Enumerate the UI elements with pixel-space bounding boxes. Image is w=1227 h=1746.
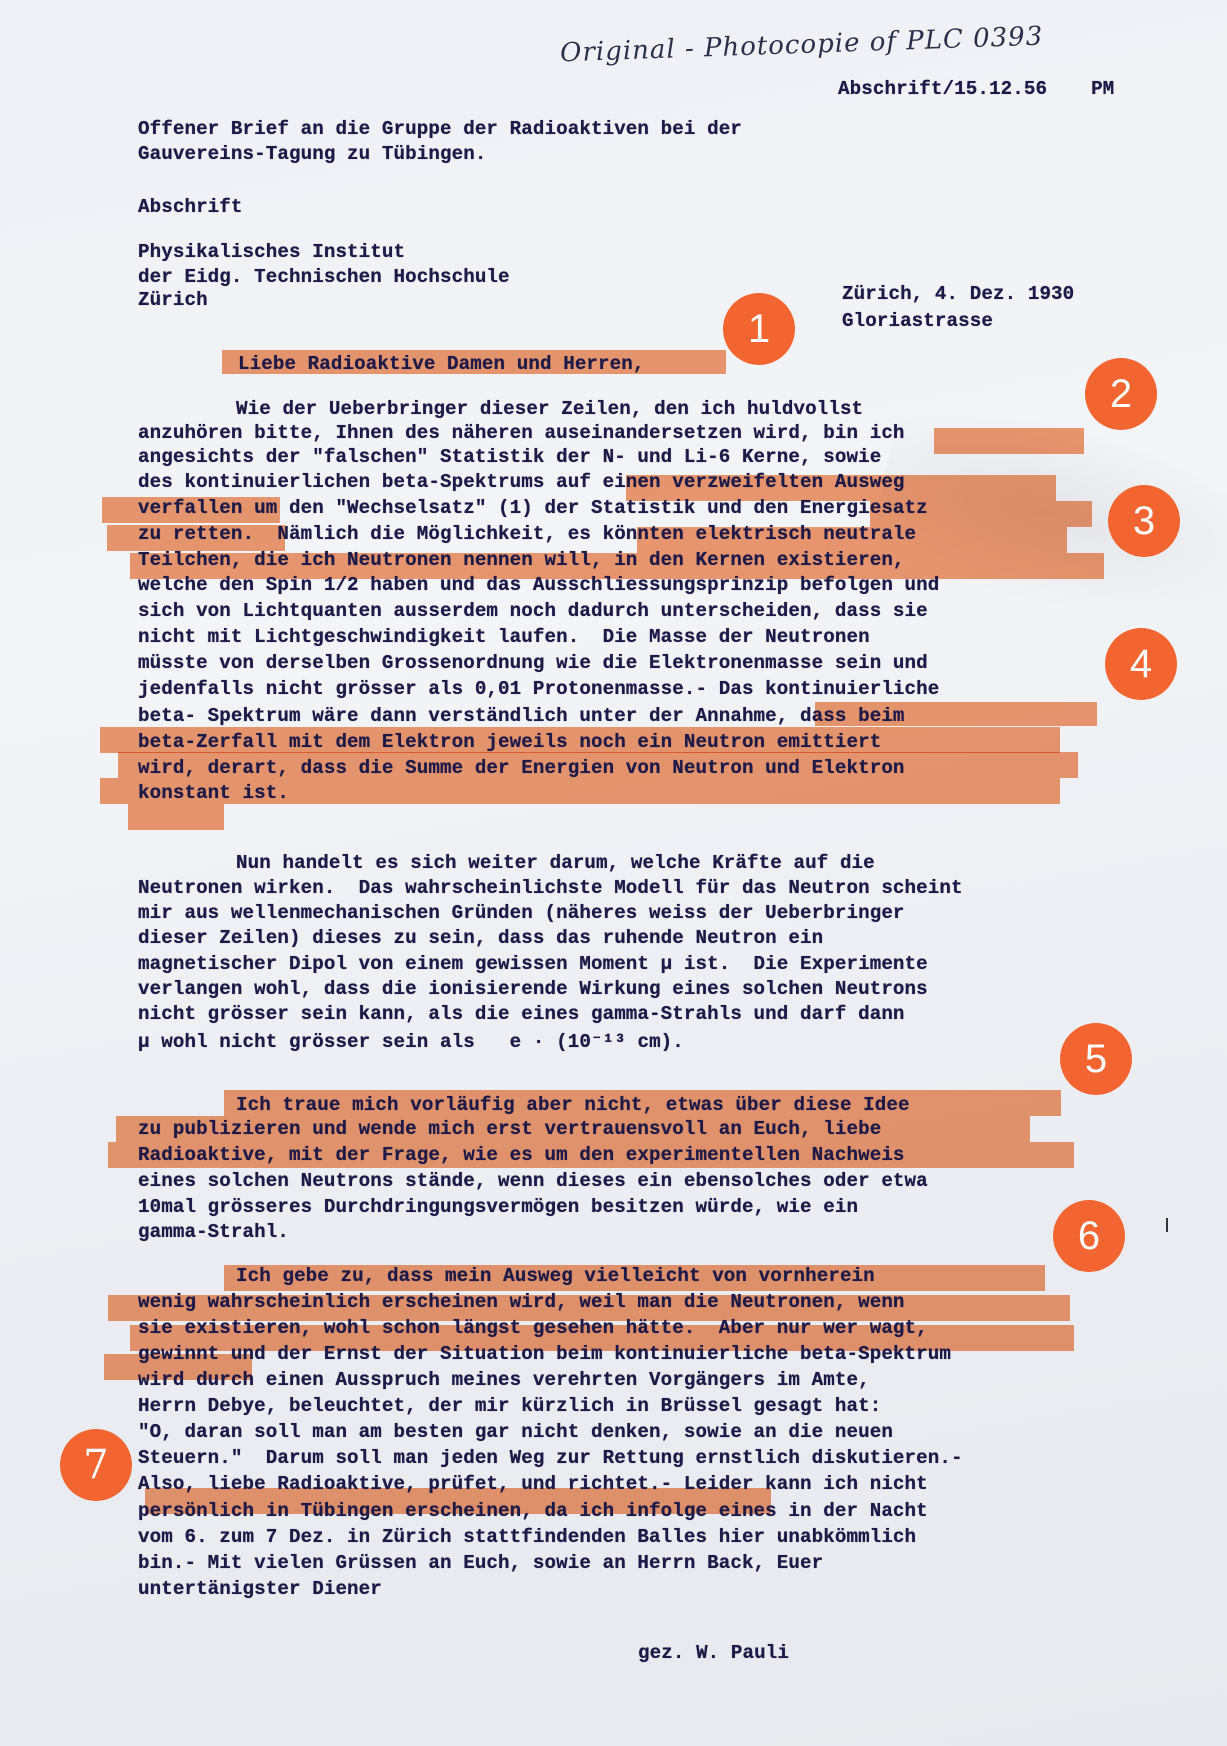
- text-line: verfallen um den "Wechselsatz" (1) der S…: [138, 497, 928, 519]
- text-line: nicht grösser sein kann, als die eines g…: [138, 1003, 905, 1025]
- annotation-badge-3: 3: [1108, 485, 1180, 557]
- annotation-badge-5: 5: [1060, 1023, 1132, 1095]
- text-line: anzuhören bitte, Ihnen des näheren ausei…: [138, 422, 905, 444]
- text-line: untertänigster Diener: [138, 1578, 382, 1600]
- text-line: Steuern." Darum soll man jeden Weg zur R…: [138, 1447, 963, 1469]
- text-line: sie existieren, wohl schon längst gesehe…: [138, 1317, 928, 1339]
- text-highlight: [934, 428, 1084, 454]
- text-highlight: [128, 804, 224, 830]
- text-line: μ wohl nicht grösser sein als e · (10⁻¹³…: [138, 1029, 684, 1053]
- sender-line-3: Zürich: [138, 289, 208, 311]
- signature: gez. W. Pauli: [638, 1642, 789, 1664]
- text-line: nicht mit Lichtgeschwindigkeit laufen. D…: [138, 626, 870, 648]
- abschrift-label: Abschrift: [138, 196, 243, 218]
- text-line: sich von Lichtquanten ausserdem noch dad…: [138, 600, 928, 622]
- copy-stamp-initials: PM: [1091, 78, 1114, 100]
- text-line: vom 6. zum 7 Dez. in Zürich stattfindend…: [138, 1526, 916, 1548]
- copy-stamp: Abschrift/15.12.56PM: [838, 78, 1114, 100]
- stray-mark: [1166, 1218, 1168, 1232]
- annotation-badge-6: 6: [1053, 1200, 1125, 1272]
- text-line: Neutronen wirken. Das wahrscheinlichste …: [138, 877, 963, 899]
- place-date: Zürich, 4. Dez. 1930: [842, 283, 1074, 305]
- text-line: Also, liebe Radioaktive, prüfet, und ric…: [138, 1473, 928, 1495]
- handwritten-note: Original - Photocopie of PLC 0393: [560, 22, 1044, 69]
- letter-heading-line-1: Offener Brief an die Gruppe der Radioakt…: [138, 118, 742, 140]
- text-line: welche den Spin 1/2 haben und das Aussch…: [138, 574, 939, 596]
- text-line: verlangen wohl, dass die ionisierende Wi…: [138, 978, 928, 1000]
- text-line: Ich traue mich vorläufig aber nicht, etw…: [236, 1094, 910, 1116]
- text-line: beta-Zerfall mit dem Elektron jeweils no…: [138, 731, 881, 753]
- text-line: angesichts der "falschen" Statistik der …: [138, 446, 881, 468]
- text-line: magnetischer Dipol von einem gewissen Mo…: [138, 953, 928, 975]
- letter-page: Original - Photocopie of PLC 0393 Abschr…: [0, 0, 1227, 1746]
- annotation-badge-7: 7: [60, 1429, 132, 1501]
- text-line: mir aus wellenmechanischen Gründen (nähe…: [138, 902, 905, 924]
- text-line: Herrn Debye, beleuchtet, der mir kürzlic…: [138, 1395, 881, 1417]
- text-line: eines solchen Neutrons stände, wenn dies…: [138, 1170, 928, 1192]
- text-line: Ich gebe zu, dass mein Ausweg vielleicht…: [236, 1265, 875, 1287]
- text-line: 10mal grösseres Durchdringungsvermögen b…: [138, 1196, 858, 1218]
- annotation-badge-2: 2: [1085, 358, 1157, 430]
- annotation-badge-1: 1: [723, 293, 795, 365]
- letter-heading-line-2: Gauvereins-Tagung zu Tübingen.: [138, 143, 486, 165]
- text-line: beta- Spektrum wäre dann verständlich un…: [138, 705, 905, 727]
- text-line: dieser Zeilen) dieses zu sein, dass das …: [138, 927, 823, 949]
- text-line: Nun handelt es sich weiter darum, welche…: [236, 852, 875, 874]
- text-line: wird durch einen Ausspruch meines verehr…: [138, 1369, 870, 1391]
- text-line: wenig wahrscheinlich erscheinen wird, we…: [138, 1291, 905, 1313]
- salutation: Liebe Radioaktive Damen und Herren,: [238, 353, 645, 375]
- text-line: zu publizieren und wende mich erst vertr…: [138, 1118, 881, 1140]
- text-line: jedenfalls nicht grösser als 0,01 Proton…: [138, 678, 939, 700]
- text-line: Teilchen, die ich Neutronen nennen will,…: [138, 549, 905, 571]
- sender-line-2: der Eidg. Technischen Hochschule: [138, 266, 510, 288]
- street: Gloriastrasse: [842, 310, 993, 332]
- text-line: des kontinuierlichen beta-Spektrums auf …: [138, 471, 905, 493]
- text-line: Radioaktive, mit der Frage, wie es um de…: [138, 1144, 905, 1166]
- text-line: persönlich in Tübingen erscheinen, da ic…: [138, 1500, 928, 1522]
- text-line: zu retten. Nämlich die Möglichkeit, es k…: [138, 523, 916, 545]
- text-line: wird, derart, dass die Summe der Energie…: [138, 757, 905, 779]
- text-line: konstant ist.: [138, 782, 289, 804]
- text-line: bin.- Mit vielen Grüssen an Euch, sowie …: [138, 1552, 823, 1574]
- text-line: müsste von derselben Grossenordnung wie …: [138, 652, 928, 674]
- text-line: Wie der Ueberbringer dieser Zeilen, den …: [236, 398, 863, 420]
- text-line: gamma-Strahl.: [138, 1221, 289, 1243]
- sender-line-1: Physikalisches Institut: [138, 241, 405, 263]
- text-line: gewinnt und der Ernst der Situation beim…: [138, 1343, 951, 1365]
- annotation-badge-4: 4: [1105, 628, 1177, 700]
- text-line: "O, daran soll man am besten gar nicht d…: [138, 1421, 893, 1443]
